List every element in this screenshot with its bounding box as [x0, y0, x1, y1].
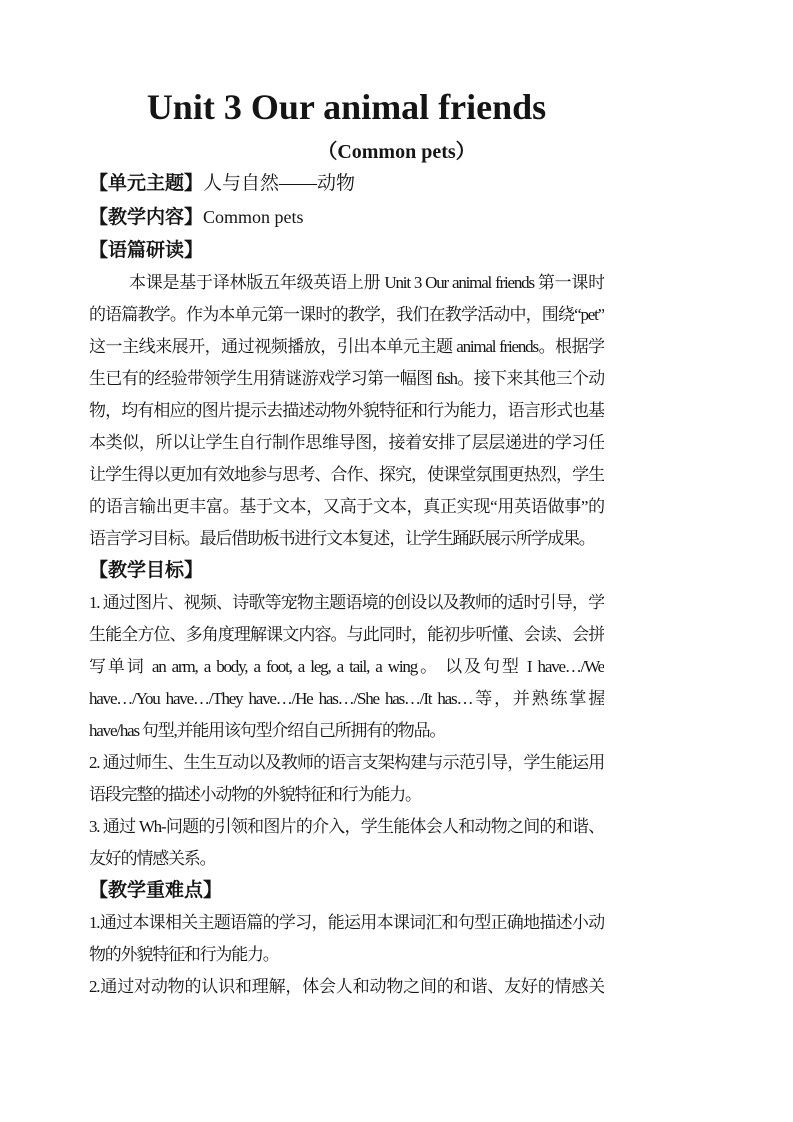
text-line: 物的外貌特征和行为能力。	[89, 939, 604, 971]
text-line: 这一主线来展开，通过视频播放，引出本单元主题 animal friends。根据…	[89, 331, 604, 363]
unit-theme-value: 人与自然——动物	[203, 173, 355, 194]
page-subtitle: （Common pets）	[139, 136, 654, 168]
text-line: have/has 句型,并能用该句型介绍自己所拥有的物品。	[89, 715, 604, 747]
teaching-content-label: 【教学内容】	[89, 207, 203, 228]
document-page: { "page": { "background": "#ffffff", "te…	[0, 0, 793, 1122]
text-line: 语段完整的描述小动物的外貌特征和行为能力。	[89, 779, 604, 811]
text-line: 本类似，所以让学生自行制作思维导图，接着安排了层层递进的学习任务，	[89, 427, 604, 459]
text-line: 生已有的经验带领学生用猜谜游戏学习第一幅图 fish。接下来其他三个动	[89, 363, 604, 395]
text-line: 让学生得以更加有效地参与思考、合作、探究，使课堂氛围更热烈，学生	[89, 459, 604, 491]
section-heading-teaching-goals: 【教学目标】	[89, 555, 604, 587]
text-line: 物，均有相应的图片提示去描述动物外貌特征和行为能力，语言形式也基	[89, 395, 604, 427]
section-heading-text-analysis: 【语篇研读】	[89, 235, 604, 267]
text-line: 2. 通过师生、生生互动以及教师的语言支架构建与示范引导，学生能运用	[89, 747, 604, 779]
text-line: 本课是基于译林版五年级英语上册 Unit 3 Our animal friend…	[89, 267, 604, 299]
text-line: 1.通过本课相关主题语篇的学习，能运用本课词汇和句型正确地描述小动	[89, 907, 604, 939]
section-heading-key-points: 【教学重难点】	[89, 875, 604, 907]
text-line: 3. 通过 Wh-问题的引领和图片的介入，学生能体会人和动物之间的和谐、	[89, 811, 604, 843]
text-line: 生能全方位、多角度理解课文内容。与此同时，能初步听懂、会读、会拼	[89, 619, 604, 651]
text-line: 的语言输出更丰富。基于文本，又高于文本，真正实现“用英语做事”的	[89, 491, 604, 523]
meta-row-teaching-content: 【教学内容】Common pets	[89, 201, 604, 235]
text-line: 友好的情感关系。	[89, 843, 604, 875]
text-line: 2.通过对动物的认识和理解，体会人和动物之间的和谐、友好的情感关系，	[89, 971, 604, 1003]
page-title: Unit 3 Our animal friends	[89, 84, 604, 130]
unit-theme-label: 【单元主题】	[89, 173, 203, 194]
text-line: 写单词 an arm, a body, a foot, a leg, a tai…	[89, 651, 604, 683]
text-line: 1. 通过图片、视频、诗歌等宠物主题语境的创设以及教师的适时引导，学	[89, 587, 604, 619]
teaching-content-value: Common pets	[203, 207, 304, 227]
text-line: have…/You have…/They have…/He has…/She h…	[89, 683, 604, 715]
text-line: 语言学习目标。最后借助板书进行文本复述，让学生踊跃展示所学成果。	[89, 523, 604, 555]
meta-row-unit-theme: 【单元主题】人与自然——动物	[89, 168, 604, 201]
text-line: 的语篇教学。作为本单元第一课时的教学，我们在教学活动中，围绕“pet”	[89, 299, 604, 331]
document-content: Unit 3 Our animal friends （Common pets） …	[89, 0, 604, 1003]
